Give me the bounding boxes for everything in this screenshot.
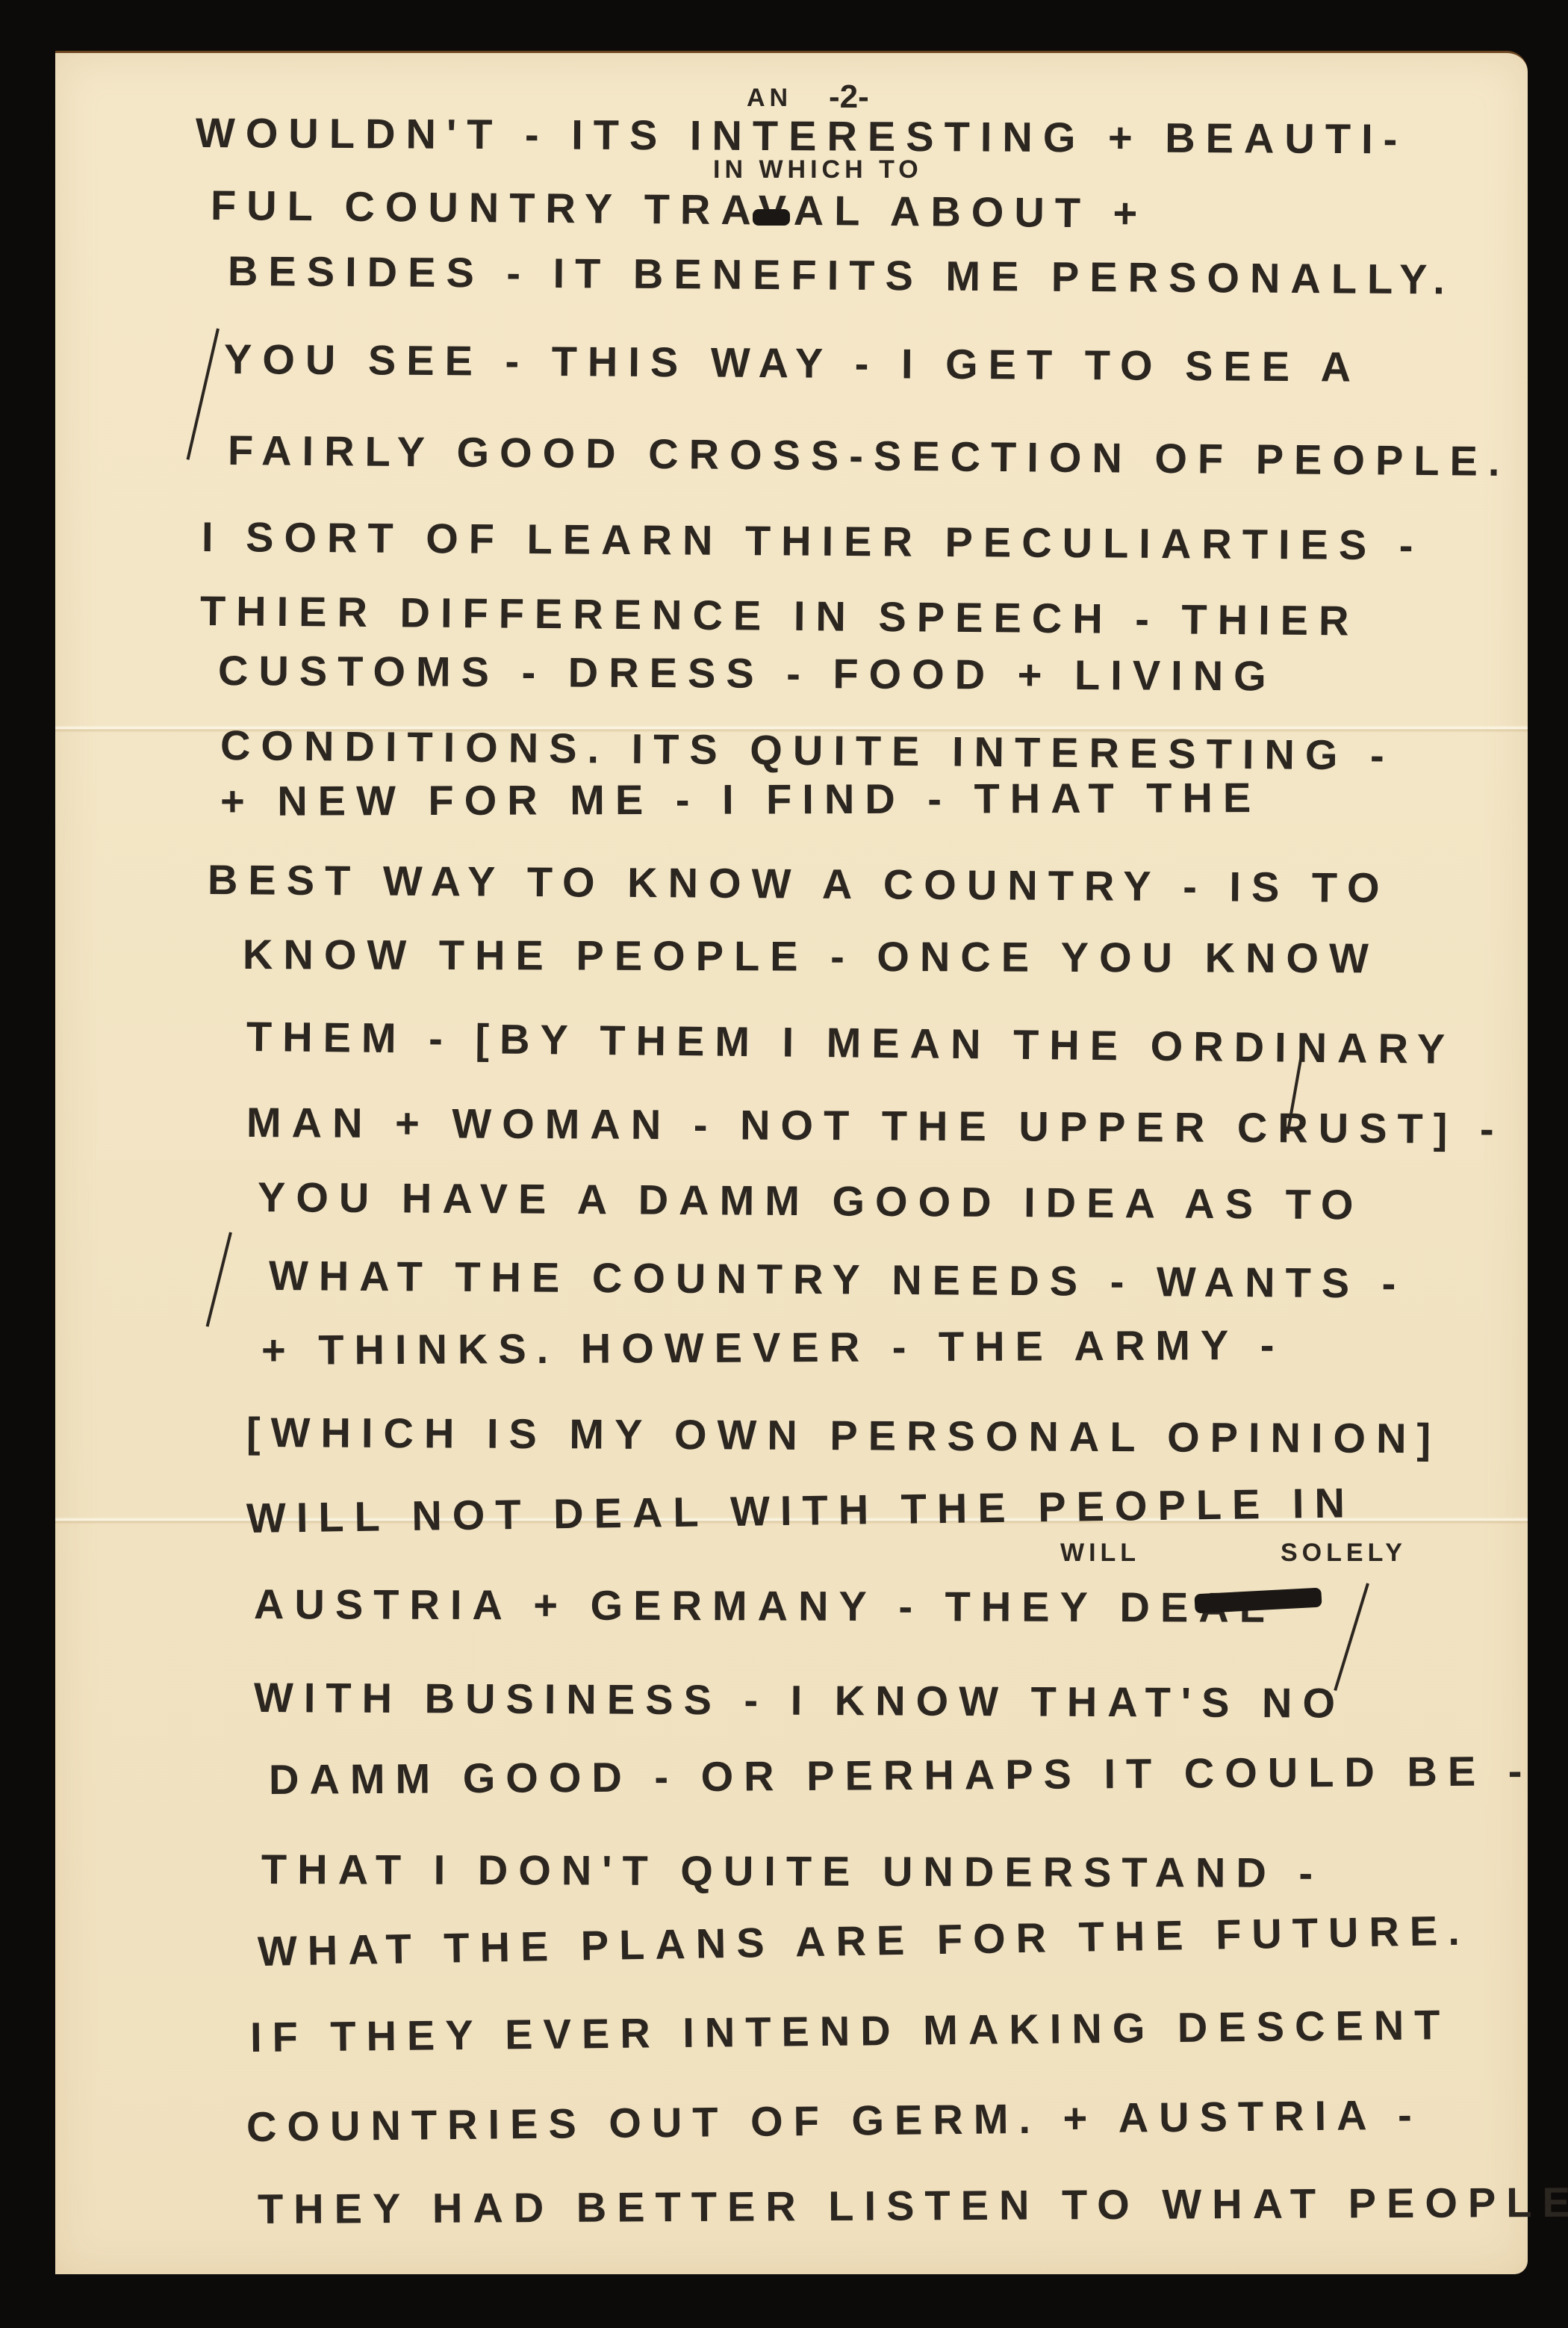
handwritten-line: + thinks. However - the army - [261,1320,1285,1374]
handwritten-line: ful country traval about + [211,181,1148,238]
handwritten-line: With business - I know that's no [254,1673,1345,1728]
handwritten-line: Austria + Germany - they deal [254,1580,1275,1632]
handwritten-line: That I don't quite understand - [261,1845,1323,1897]
handwritten-line: Wouldn't - Its interesting + beauti- [196,108,1408,163]
handwritten-line: Damm Good - or perhaps it could be - [269,1746,1533,1804]
handwritten-line: Customs - dress - food + living [218,646,1277,700]
scratched-out-word [753,209,790,226]
handwritten-line: + new for me - I find - that the [220,773,1261,825]
handwritten-line: Thier difference in speech - thier [200,586,1360,645]
handwritten-line: Conditions. Its quite interesting - [220,721,1395,780]
insertion-solely: SOLELY [1281,1539,1407,1568]
handwritten-line: I sort of learn thier peculiarties - [202,512,1424,569]
handwritten-line: Man + woman - not the upper crust] - [246,1098,1505,1153]
handwritten-line: Besides - it benefits me personally. [228,246,1455,303]
handwritten-line: You see - this way - I get to see a [224,335,1362,391]
page-number: -2- [829,78,869,116]
handwritten-line: Best way to know a country - is to [208,855,1390,912]
handwritten-line: You have a damm Good idea as to [258,1173,1364,1229]
handwritten-line: What the country needs - wants - [269,1251,1407,1308]
insertion-an: AN [747,84,792,113]
handwritten-line: [which is my own personal opinion] [246,1408,1442,1462]
insertion-will: WILL [1060,1539,1140,1568]
handwritten-line: Know the people - Once you know [243,930,1379,982]
handwritten-line: They had better listen to what people [258,2178,1568,2233]
